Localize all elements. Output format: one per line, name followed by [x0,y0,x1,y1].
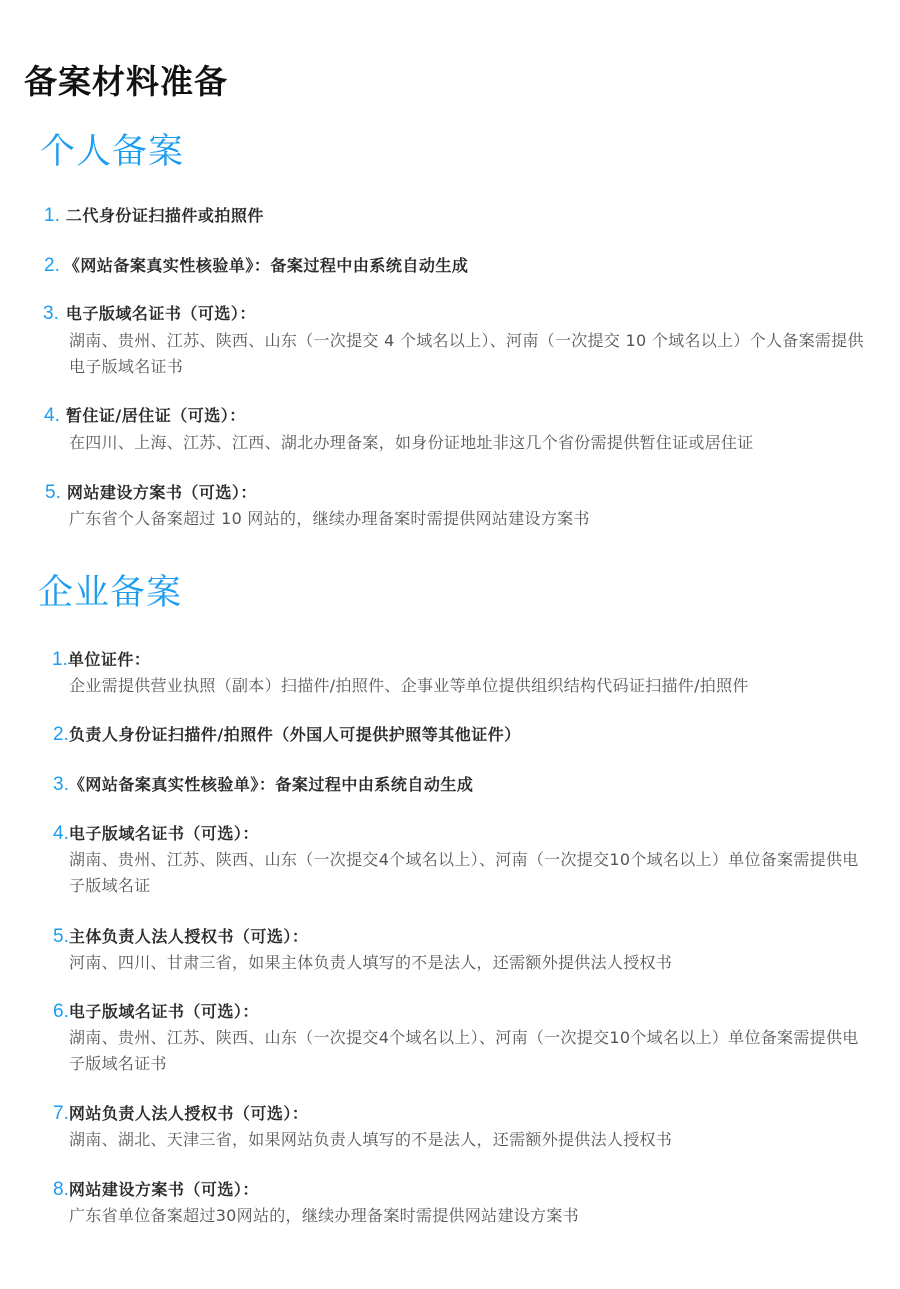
item-description: 湖南、湖北、天津三省，如果网站负责人填写的不是法人，还需额外提供法人授权书 [69,1127,869,1153]
item-description: 湖南、贵州、江苏、陕西、山东（一次提交 4 个域名以上）、河南（一次提交 10 … [69,328,869,380]
item-description: 河南、四川、甘肃三省，如果主体负责人填写的不是法人，还需额外提供法人授权书 [69,950,869,976]
item-title: 二代身份证扫描件或拍照件 [66,203,264,226]
item-number: 5. [45,482,61,504]
item-description: 在四川、上海、江苏、江西、湖北办理备案，如身份证地址非这几个省份需提供暂住证或居… [69,430,869,456]
section-title-personal: 个人备案 [40,130,184,174]
item-title: 《网站备案真实性核验单》：备案过程中由系统自动生成 [64,253,469,276]
item-title: 网站建设方案书（可选）： [69,1177,259,1200]
item-description: 湖南、贵州、江苏、陕西、山东（一次提交4个域名以上）、河南（一次提交10个域名以… [69,847,869,899]
item-title: 网站建设方案书（可选）： [67,480,257,503]
item-title: 负责人身份证扫描件/拍照件（外国人可提供护照等其他证件） [69,722,521,745]
item-number: 4. [53,823,69,845]
item-number: 7. [53,1103,69,1125]
item-number: 3. [53,774,69,796]
page-title: 备案材料准备 [24,62,228,102]
item-description: 企业需提供营业执照（副本）扫描件/拍照件、企事业等单位提供组织结构代码证扫描件/… [69,673,869,699]
item-number: 1. [52,649,68,671]
item-number: 8. [53,1179,69,1201]
item-number: 4. [44,405,60,427]
item-number: 3. [43,303,59,325]
item-title: 主体负责人法人授权书（可选）： [69,924,309,947]
item-title: 电子版域名证书（可选）： [66,301,256,324]
section-title-enterprise: 企业备案 [38,571,182,615]
item-title: 暂住证/居住证（可选）： [66,403,246,426]
item-number: 2. [44,255,60,277]
item-description: 广东省单位备案超过30网站的，继续办理备案时需提供网站建设方案书 [69,1203,869,1229]
item-description: 广东省个人备案超过 10 网站的，继续办理备案时需提供网站建设方案书 [69,506,869,532]
item-description: 湖南、贵州、江苏、陕西、山东（一次提交4个域名以上）、河南（一次提交10个域名以… [69,1025,869,1077]
item-number: 6. [53,1001,69,1023]
item-title: 电子版域名证书（可选）： [69,821,259,844]
item-number: 5. [53,926,69,948]
item-number: 2. [53,724,69,746]
item-number: 1. [44,205,60,227]
item-title: 《网站备案真实性核验单》：备案过程中由系统自动生成 [69,772,474,795]
item-title: 电子版域名证书（可选）： [69,999,259,1022]
item-title: 网站负责人法人授权书（可选）： [69,1101,309,1124]
item-title: 单位证件： [68,647,151,670]
